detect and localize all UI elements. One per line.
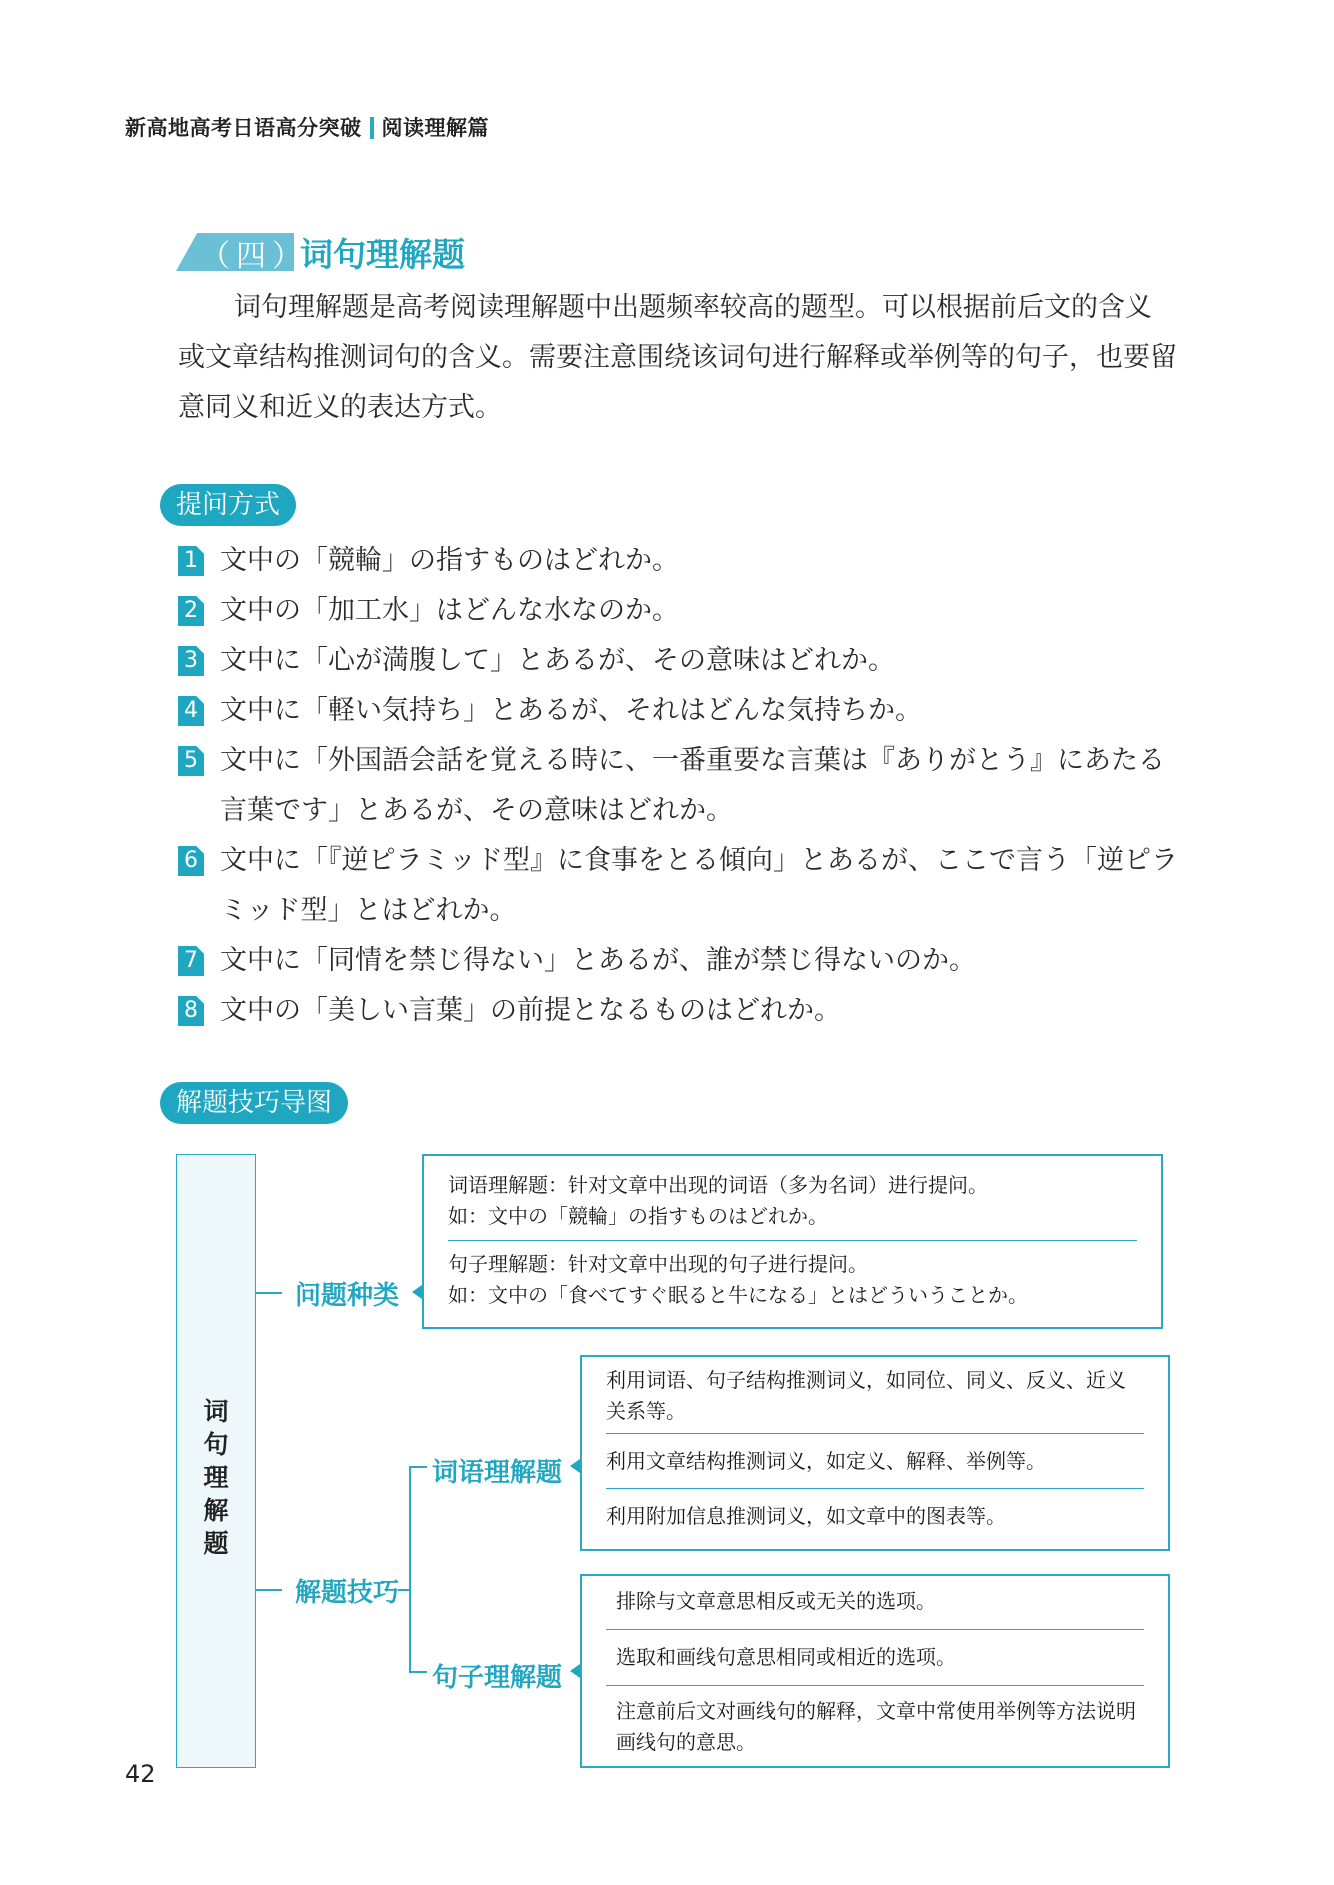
page-number: 42 [125,1760,156,1788]
technique-row: 利用词语、句子结构推测词义，如同位、同义、反义、近义关系等。 [606,1365,1144,1434]
list-item: 6文中に「『逆ピラミッド型』に食事をとる傾向」とあるが、ここで言う「逆ピラミッド… [178,836,1178,936]
branch-label-word: 词语理解题 [432,1452,562,1489]
mindmap-pill: 解题技巧导图 [160,1082,348,1124]
header-divider [370,117,374,139]
number-badge: 1 [178,546,204,576]
list-item: 5文中に「外国語会話を覚える時に、一番重要な言葉は『ありがとう』にあたる言葉です… [178,736,1178,836]
row-line: 句子理解题：针对文章中出现的句子进行提问。 [448,1249,1137,1280]
types-box: 词语理解题：针对文章中出现的词语（多为名词）进行提问。 如：文中の「競輪」の指す… [422,1154,1163,1329]
sentence-techniques-box: 排除与文章意思相反或无关的选项。 选取和画线句意思相同或相近的选项。 注意前后文… [580,1574,1170,1768]
list-item: 4文中に「軽い気持ち」とあるが、それはどんな気持ちか。 [178,686,1178,736]
connector-line [256,1589,282,1591]
question-styles-pill: 提问方式 [160,484,296,526]
connector-line [398,1589,409,1591]
row-line: 如：文中の「競輪」の指すものはどれか。 [448,1201,1137,1232]
list-item: 3文中に「心が満腹して」とあるが、その意味はどれか。 [178,636,1178,686]
section-title: 词句理解题 [300,229,465,276]
number-badge: 4 [178,696,204,726]
technique-row: 利用文章结构推测词义，如定义、解释、举例等。 [606,1434,1144,1489]
list-item: 8文中の「美しい言葉」の前提となるものはどれか。 [178,986,1178,1036]
number-badge: 7 [178,946,204,976]
header-section: 阅读理解篇 [382,116,490,140]
types-row: 词语理解题：针对文章中出现的词语（多为名词）进行提问。 如：文中の「競輪」の指す… [448,1170,1137,1241]
connector-line [409,1466,427,1468]
branch-label-sentence: 句子理解题 [432,1657,562,1694]
question-text: 文中の「美しい言葉」の前提となるものはどれか。 [220,986,1178,1036]
question-text: 文中の「加工水」はどんな水なのか。 [220,586,1178,636]
question-text: 文中に「同情を禁じ得ない」とあるが、誰が禁じ得ないのか。 [220,936,1178,986]
question-text: 文中に「外国語会話を覚える時に、一番重要な言葉は『ありがとう』にあたる言葉です」… [220,736,1178,836]
number-badge: 8 [178,996,204,1026]
arrow-icon [570,1664,580,1678]
root-node-label: 词句理解题 [176,1395,256,1560]
row-line: 词语理解题：针对文章中出现的词语（多为名词）进行提问。 [448,1170,1137,1201]
technique-row: 选取和画线句意思相同或相近的选项。 [606,1630,1144,1686]
row-line: 如：文中の「食べてすぐ眠ると牛になる」とはどういうことか。 [448,1280,1137,1311]
connector-line [409,1671,427,1673]
question-list: 1文中の「競輪」の指すものはどれか。 2文中の「加工水」はどんな水なのか。 3文… [178,536,1178,1036]
question-text: 文中に「『逆ピラミッド型』に食事をとる傾向」とあるが、ここで言う「逆ピラミッド型… [220,836,1178,936]
technique-row: 排除与文章意思相反或无关的选项。 [606,1586,1144,1630]
number-badge: 6 [178,846,204,876]
word-techniques-box: 利用词语、句子结构推测词义，如同位、同义、反义、近义关系等。 利用文章结构推测词… [580,1355,1170,1551]
branch-label-techniques: 解题技巧 [295,1572,399,1609]
technique-row: 注意前后文对画线句的解释，文章中常使用举例等方法说明画线句的意思。 [606,1686,1144,1758]
question-text: 文中の「競輪」の指すものはどれか。 [220,536,1178,586]
connector-line [256,1292,282,1294]
types-row: 句子理解题：针对文章中出现的句子进行提问。 如：文中の「食べてすぐ眠ると牛になる… [448,1241,1137,1311]
arrow-icon [570,1459,580,1473]
number-badge: 3 [178,646,204,676]
technique-row: 利用附加信息推测词义，如文章中的图表等。 [606,1489,1144,1532]
list-item: 2文中の「加工水」はどんな水なのか。 [178,586,1178,636]
number-badge: 2 [178,596,204,626]
book-title: 新高地高考日语高分突破 [125,116,362,140]
running-header: 新高地高考日语高分突破阅读理解篇 [125,112,489,142]
question-text: 文中に「軽い気持ち」とあるが、それはどんな気持ちか。 [220,686,1178,736]
branch-label-types: 问题种类 [295,1275,399,1312]
arrow-icon [412,1285,422,1299]
section-tag: （四） [200,231,308,275]
intro-paragraph: 词句理解题是高考阅读理解题中出题频率较高的题型。可以根据前后文的含义或文章结构推… [178,283,1178,433]
list-item: 7文中に「同情を禁じ得ない」とあるが、誰が禁じ得ないのか。 [178,936,1178,986]
question-text: 文中に「心が満腹して」とあるが、その意味はどれか。 [220,636,1178,686]
list-item: 1文中の「競輪」の指すものはどれか。 [178,536,1178,586]
root-node-text: 词句理解题 [204,1395,229,1560]
bracket-line [409,1466,411,1672]
intro-text: 词句理解题是高考阅读理解题中出题频率较高的题型。可以根据前后文的含义或文章结构推… [178,283,1178,433]
number-badge: 5 [178,746,204,776]
